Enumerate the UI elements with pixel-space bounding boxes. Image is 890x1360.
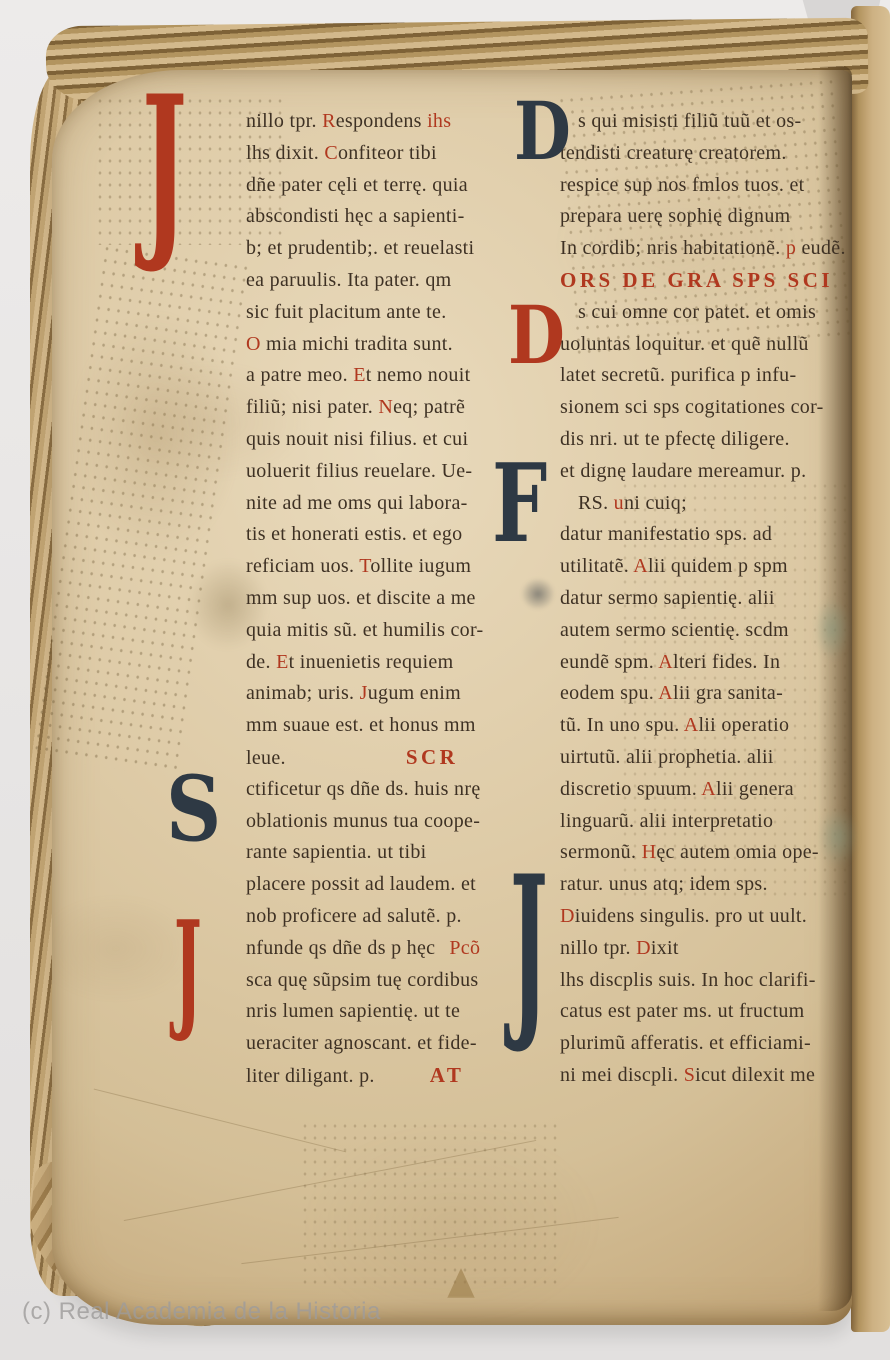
- body-text: uoluerit filius reuelare. Ue-: [246, 460, 472, 482]
- text-line: abscondisti hęc a sapienti-: [246, 201, 546, 233]
- rubric-text: J: [360, 682, 368, 704]
- body-text: ugum enim: [368, 682, 461, 704]
- text-line: nob proficere ad salutẽ. p.: [246, 901, 546, 933]
- text-line: uoluntas loquitur. et quẽ nullũ: [560, 329, 882, 361]
- text-line: ni mei discpli. Sicut dilexit me: [560, 1060, 882, 1092]
- body-text: b; et prudentib;. et reuelasti: [246, 237, 474, 259]
- body-text: uirtutũ. alii prophetia. alii: [560, 746, 774, 768]
- body-text: tis et honerati estis. et ego: [246, 523, 462, 545]
- body-text: eundẽ spm.: [560, 651, 658, 673]
- rubric-text: H: [642, 841, 657, 863]
- illuminated-initial-in-illo: J: [142, 92, 187, 240]
- body-text: lhs discplis suis. In hoc clarifi-: [560, 969, 816, 991]
- body-text: ollite iugum: [370, 555, 471, 577]
- body-text: lii operatio: [698, 714, 789, 736]
- body-text: rante sapientia. ut tibi: [246, 841, 426, 863]
- body-text: tũ. In uno spu.: [560, 714, 684, 736]
- text-line: nillo tpr. Respondens ihs: [246, 106, 546, 138]
- rubric-text: ihs: [427, 110, 451, 132]
- body-text: onfiteor tibi: [338, 142, 437, 164]
- body-text: utilitatẽ.: [560, 555, 633, 577]
- illuminated-initial-fratres: F: [492, 462, 547, 546]
- text-line: dis nri. ut te pfectę diligere.: [560, 424, 882, 456]
- text-line: eundẽ spm. Alteri fides. In: [560, 647, 882, 679]
- body-text: dis nri. ut te pfectę diligere.: [560, 428, 790, 450]
- rubric-text: A: [701, 778, 716, 800]
- body-text: mia michi tradita sunt.: [261, 333, 453, 355]
- text-line: catus est pater ms. ut fructum: [560, 996, 882, 1028]
- text-line: lhs discplis suis. In hoc clarifi-: [560, 965, 882, 997]
- text-line: ctificetur qs dñe ds. huis nrę: [246, 774, 546, 806]
- rubric-text: T: [359, 555, 370, 577]
- body-text: nillo tpr.: [560, 937, 636, 959]
- illuminated-initial-in-illo-2: J: [510, 872, 548, 1020]
- left-column-lines: nillo tpr. Respondens ihslhs dixit. Conf…: [246, 106, 546, 1092]
- body-text: prepara uerę sophię dignum: [560, 205, 791, 227]
- rubric-text: AT: [430, 1063, 465, 1087]
- text-line: plurimũ afferatis. et efficiami-: [560, 1028, 882, 1060]
- body-text: icut dilexit me: [695, 1064, 815, 1086]
- text-line: s qui misisti filiũ tuũ et os-: [560, 106, 882, 138]
- body-text: nris lumen sapientię. ut te: [246, 1000, 460, 1022]
- body-text: plurimũ afferatis. et efficiami-: [560, 1032, 811, 1054]
- body-text: sermonũ.: [560, 841, 642, 863]
- text-line: RS. uni cuiq;: [560, 488, 882, 520]
- rubric-text: A: [633, 555, 648, 577]
- body-text: sic fuit placitum ante te.: [246, 301, 447, 323]
- text-line: discretio spuum. Alii genera: [560, 774, 882, 806]
- rubric-text: D: [560, 905, 575, 927]
- body-text: ęc autem omia ope-: [656, 841, 819, 863]
- illuminated-initial-deus-cui: D: [508, 304, 565, 366]
- body-text: ea paruulis. Ita pater. qm: [246, 269, 452, 291]
- body-text: iuidens singulis. pro ut uult.: [575, 905, 807, 927]
- body-text: ratur. unus atq; idem sps.: [560, 873, 768, 895]
- text-line: ea paruulis. Ita pater. qm: [246, 265, 546, 297]
- rubric-text: E: [353, 364, 366, 386]
- body-text: respice sup nos fmlos tuos. et: [560, 174, 805, 196]
- body-text: nite ad me oms qui labora-: [246, 492, 468, 514]
- rubric-text: O: [246, 333, 261, 355]
- illuminated-initial-deus-qui: D: [514, 100, 571, 162]
- text-line: In cordib; nris habitationẽ. p eudẽ.: [560, 233, 882, 265]
- body-text: placere possit ad laudem. et: [246, 873, 476, 895]
- body-text: In cordib; nris habitationẽ.: [560, 237, 786, 259]
- body-text: mm sup uos. et discite a me: [246, 587, 476, 609]
- rubric-text: R: [322, 110, 336, 132]
- text-line: animab; uris. Jugum enim: [246, 678, 546, 710]
- body-text: eodem spu.: [560, 682, 658, 704]
- body-text: ni mei discpli.: [560, 1064, 684, 1086]
- body-text: dñe pater cęli et terrę. quia: [246, 174, 468, 196]
- text-line: sermonũ. Hęc autem omia ope-: [560, 837, 882, 869]
- rubric-text: A: [658, 682, 673, 704]
- text-line: rante sapientia. ut tibi: [246, 837, 546, 869]
- speckle-texture: [300, 1120, 560, 1290]
- text-line: quia mitis sũ. et humilis cor-: [246, 615, 546, 647]
- text-line: utilitatẽ. Alii quidem p spm: [560, 551, 882, 583]
- text-line: filiũ; nisi pater. Neq; patrẽ: [246, 392, 546, 424]
- text-line: nillo tpr. Dixit: [560, 933, 882, 965]
- right-column-lines: s qui misisti filiũ tuũ et os-tendisti c…: [560, 106, 882, 1092]
- body-text: et dignę laudare mereamur. p.: [560, 460, 806, 482]
- rubric-text: N: [378, 396, 393, 418]
- text-line: b; et prudentib;. et reuelasti: [246, 233, 546, 265]
- body-text: quis nouit nisi filius. et cui: [246, 428, 468, 450]
- text-line: a patre meo. Et nemo nouit: [246, 360, 546, 392]
- body-text: eq; patrẽ: [393, 396, 465, 418]
- text-line: placere possit ad laudem. et: [246, 869, 546, 901]
- body-text: s cui omne cor patet. et omis: [578, 301, 816, 323]
- illuminated-initial-infunde: J: [174, 918, 202, 1019]
- body-text: latet secretũ. purifica p infu-: [560, 364, 796, 386]
- body-text: t inuenietis requiem: [289, 651, 454, 673]
- body-text: lteri fides. In: [673, 651, 780, 673]
- text-line: latet secretũ. purifica p infu-: [560, 360, 882, 392]
- text-line: dñe pater cęli et terrę. quia: [246, 170, 546, 202]
- body-text: s qui misisti filiũ tuũ et os-: [578, 110, 801, 132]
- copyright-watermark: (c) Real Academia de la Historia: [22, 1298, 381, 1326]
- body-text: leue.: [246, 747, 286, 769]
- text-line: mm sup uos. et discite a me: [246, 583, 546, 615]
- text-line: ueraciter agnoscant. et fide-: [246, 1028, 546, 1060]
- body-text: ixit: [651, 937, 679, 959]
- body-text: linguarũ. alii interpretatio: [560, 810, 773, 832]
- body-text: lii quidem p spm: [648, 555, 788, 577]
- body-text: animab; uris.: [246, 682, 360, 704]
- rubric-text: E: [276, 651, 289, 673]
- body-text: mm suaue est. et honus mm: [246, 714, 476, 736]
- text-line: oblationis munus tua coope-: [246, 806, 546, 838]
- body-text: lii gra sanita-: [673, 682, 783, 704]
- body-text: a patre meo.: [246, 364, 353, 386]
- body-text: ctificetur qs dñe ds. huis nrę: [246, 778, 481, 800]
- text-line: et dignę laudare mereamur. p.: [560, 456, 882, 488]
- body-text: filiũ; nisi pater.: [246, 396, 378, 418]
- body-text: discretio spuum.: [560, 778, 701, 800]
- parchment-stain: [70, 310, 240, 560]
- body-text: datur sermo sapientię. alii: [560, 587, 775, 609]
- rubric-text: p: [786, 237, 796, 259]
- text-line: sic fuit placitum ante te.: [246, 297, 546, 329]
- body-text: oblationis munus tua coope-: [246, 810, 480, 832]
- text-line: leue.SCR: [246, 742, 546, 774]
- rubric-text: SCR: [406, 745, 459, 769]
- illuminated-initial-sanctificetur: S: [166, 774, 221, 844]
- text-line: prepara uerę sophię dignum: [560, 201, 882, 233]
- body-text: nfunde qs dñe ds p hęc: [246, 937, 435, 959]
- rubric-text: u: [614, 492, 624, 514]
- text-line: Diuidens singulis. pro ut uult.: [560, 901, 882, 933]
- body-text: quia mitis sũ. et humilis cor-: [246, 619, 483, 641]
- text-line: ratur. unus atq; idem sps.: [560, 869, 882, 901]
- rubric-text: D: [636, 937, 651, 959]
- body-text: abscondisti hęc a sapienti-: [246, 205, 465, 227]
- body-text: datur manifestatio sps. ad: [560, 523, 772, 545]
- text-line: datur manifestatio sps. ad: [560, 519, 882, 551]
- body-text: sionem sci sps cogitationes cor-: [560, 396, 824, 418]
- text-line: nris lumen sapientię. ut te: [246, 996, 546, 1028]
- text-line: s cui omne cor patet. et omis: [560, 297, 882, 329]
- text-line: sionem sci sps cogitationes cor-: [560, 392, 882, 424]
- body-text: autem sermo scientię. scdm: [560, 619, 789, 641]
- body-text: RS.: [578, 492, 614, 514]
- text-line: tũ. In uno spu. Alii operatio: [560, 710, 882, 742]
- body-text: t nemo nouit: [366, 364, 471, 386]
- body-text: lhs dixit.: [246, 142, 324, 164]
- body-text: lii genera: [716, 778, 794, 800]
- body-text: ueraciter agnoscant. et fide-: [246, 1032, 477, 1054]
- body-text: catus est pater ms. ut fructum: [560, 1000, 805, 1022]
- text-line: O mia michi tradita sunt.: [246, 329, 546, 361]
- body-text: eudẽ.: [796, 237, 846, 259]
- text-line: mm suaue est. et honus mm: [246, 710, 546, 742]
- text-line: nfunde qs dñe ds p hęcPcõ: [246, 933, 546, 965]
- body-text: ni cuiq;: [624, 492, 687, 514]
- text-line: eodem spu. Alii gra sanita-: [560, 678, 882, 710]
- text-line: de. Et inuenietis requiem: [246, 647, 546, 679]
- body-text: sca quę sũpsim tuę cordibus: [246, 969, 479, 991]
- body-text: de.: [246, 651, 276, 673]
- body-text: espondens: [336, 110, 427, 132]
- body-text: tendisti creaturę creatorem.: [560, 142, 787, 164]
- text-line: sca quę sũpsim tuę cordibus: [246, 965, 546, 997]
- body-text: nob proficere ad salutẽ. p.: [246, 905, 462, 927]
- body-text: liter diligant. p.: [246, 1065, 375, 1087]
- rubric-text: ORS DE GRA SPS SCI: [560, 268, 833, 292]
- text-line: respice sup nos fmlos tuos. et: [560, 170, 882, 202]
- rubric-text: S: [684, 1064, 695, 1086]
- text-line: datur sermo sapientię. alii: [560, 583, 882, 615]
- rubric-text: Pcõ: [449, 937, 480, 959]
- rubric-text: A: [684, 714, 699, 736]
- text-line: liter diligant. p.AT: [246, 1060, 546, 1092]
- text-line: ORS DE GRA SPS SCI: [560, 265, 882, 297]
- rubric-text: A: [658, 651, 673, 673]
- rubric-text: C: [324, 142, 338, 164]
- body-text: nillo tpr.: [246, 110, 322, 132]
- text-line: tendisti creaturę creatorem.: [560, 138, 882, 170]
- body-text: uoluntas loquitur. et quẽ nullũ: [560, 333, 809, 355]
- body-text: reficiam uos.: [246, 555, 359, 577]
- text-line: linguarũ. alii interpretatio: [560, 806, 882, 838]
- text-line: autem sermo scientię. scdm: [560, 615, 882, 647]
- text-line: lhs dixit. Confiteor tibi: [246, 138, 546, 170]
- text-line: uirtutũ. alii prophetia. alii: [560, 742, 882, 774]
